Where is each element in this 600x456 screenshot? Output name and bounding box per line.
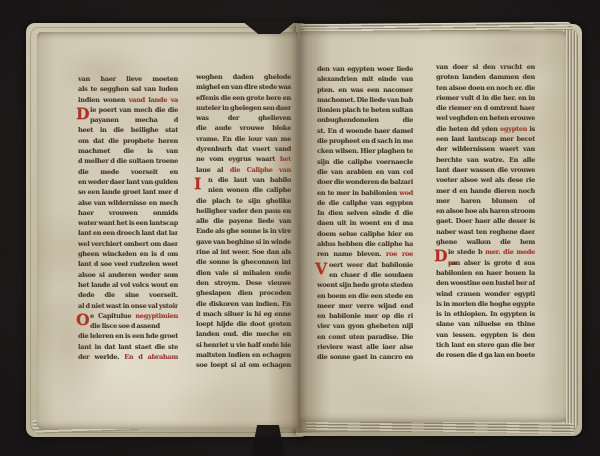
text-line: ten alsoe doen en noch er. die xyxy=(436,83,535,93)
text-run: en babilonie mer op die ri xyxy=(317,312,413,320)
text-run: die mede voerseit en babilonie xyxy=(78,168,178,177)
text-line: alse van wildernisse en mech d xyxy=(78,198,178,208)
text-run: slane van niluelse en thine xyxy=(436,320,535,328)
text-line: nuteler in ghelegen sen daer xyxy=(196,103,291,113)
text-line: die mede voerseit en babilonie xyxy=(78,167,178,177)
text-line: rine al int weer. Soe dan als xyxy=(196,247,291,257)
text-run: n die laut van babilo xyxy=(208,176,291,184)
text-run: dede die sine voerseit. Abraham xyxy=(78,291,178,300)
text-line: daen uit in woent en d ma xyxy=(317,218,413,228)
text-line: heet in die heilighe stat gherde xyxy=(78,125,178,135)
text-line: st. En d woende haer damel xyxy=(317,126,413,136)
text-line: van doer si den vrucht en alsoe xyxy=(436,62,535,72)
text-run: dyrenburh dat vuert vand xyxy=(196,145,291,153)
rubric-text: roe roe xyxy=(386,250,413,258)
text-line: doem selue caliphe hier en xyxy=(317,229,413,239)
text-run: laue al xyxy=(196,166,230,174)
text-line: die plach te sijn ghelike onse xyxy=(196,196,291,206)
text-run: doem selue caliphe hier en xyxy=(317,230,413,238)
text-run: die propheet en d sach in me xyxy=(317,137,413,145)
text-line: die heten dd yden egypten is xyxy=(436,124,535,134)
text-line: gave van beghine si in winde xyxy=(196,237,291,247)
text-run: en weder daer lant van gulden xyxy=(78,178,178,186)
text-line: die sonne gaet in cancro en xyxy=(317,352,413,362)
text-line: de rosen die d ga lan en boete xyxy=(436,350,535,360)
rubric-initial: V xyxy=(315,260,327,277)
text-line: lant d soe veel rudzelen weet xyxy=(78,259,178,269)
text-line: mighel en van dire stede was xyxy=(196,82,291,92)
text-line: die leleren en is een hde groet xyxy=(78,331,178,341)
text-line: Oe Capitulue negyptimien xyxy=(78,311,178,321)
text-line: laue al die Caliphe van babilon xyxy=(196,165,291,175)
text-line: is in ethiopien. In egypten is xyxy=(436,309,535,319)
text-run: die plach te sijn ghelike onse xyxy=(196,197,291,206)
text-line: so een lande groet lant mer d al xyxy=(78,187,178,197)
text-run: en te mer in babilonien xyxy=(317,189,399,197)
text-line: als te segghen sal van luden die xyxy=(78,84,178,94)
rubric-initial: O xyxy=(76,311,90,328)
rubric-text: wod xyxy=(399,189,413,197)
text-run: heiligher vader den paus en xyxy=(196,207,291,215)
text-run: ten alsoe doen en noch er. die xyxy=(436,84,535,92)
text-run: en comt uten paradise. Die xyxy=(317,333,413,341)
text-run: machmet die is van babilonien xyxy=(78,147,178,156)
text-run: wel veghden en heten erouwe xyxy=(436,114,535,122)
text-run: water want het is een lantscap xyxy=(78,219,178,227)
text-column-left-a: van haer lieve moeten legghenals te segg… xyxy=(78,74,178,362)
text-line: die van arabien en van col xyxy=(317,167,413,177)
text-line: der werlde. En d abraham xyxy=(78,352,178,362)
manuscript-photo: van haer lieve moeten legghenals te segg… xyxy=(0,0,600,456)
text-line: die diskoren van indien. En xyxy=(196,299,291,309)
text-run: mighel en van dire stede was xyxy=(196,83,291,91)
text-run: meer mer verre wijnd end xyxy=(317,302,413,310)
text-line: mer haren blumen of andersins xyxy=(436,196,535,206)
text-column-right-b: van doer si den vrucht en alsoegroten la… xyxy=(436,62,535,361)
text-line: woent sijn hede grote steden xyxy=(317,280,413,290)
text-run: en alsoe hoe als haren stroom xyxy=(436,207,535,215)
text-run: die heten dd yden xyxy=(436,125,500,133)
text-run: lant d soe veel rudzelen weet xyxy=(78,260,178,268)
text-line: wind crauen wonder egypti xyxy=(436,289,535,299)
text-line: soe loept si al om echagen xyxy=(196,360,291,370)
text-line: alsoe si anderen weder som bedar xyxy=(78,270,178,280)
text-run: mer d en hande dieren noch xyxy=(436,187,535,195)
text-line: weghen daden ghelode vanden xyxy=(196,72,291,82)
text-line: lant in dat lant staet die ste xyxy=(78,342,178,352)
text-run: vier van gyon gheheten nijl xyxy=(317,322,413,330)
text-run: den woestine een lustel ber af xyxy=(436,279,535,287)
text-run: het lande al vol volcs wout en xyxy=(78,281,178,289)
text-line: doer die wonderen de balzari xyxy=(317,177,413,187)
text-run: machomet. Die liede van bab xyxy=(317,96,413,104)
text-line: In die laut van babilo xyxy=(196,175,291,185)
text-line: dyrenburh dat vuert vand xyxy=(196,144,291,154)
text-run: tich lant en stere gan die ber xyxy=(436,341,535,349)
text-line: die propheet en d sach in me xyxy=(317,136,413,146)
text-line: alle die payene liede van waer xyxy=(196,216,291,226)
text-run: cken wilsen. Hier plaghen te xyxy=(317,147,413,155)
text-line: sijn die caliphe voernaecle xyxy=(317,157,413,167)
text-line: vrame. En die iour van me xyxy=(196,134,291,144)
text-run: om dat die prophete heren xyxy=(78,137,178,145)
text-run: ne vom eygrus waart xyxy=(196,155,280,163)
text-run: maltsten indien en echagen xyxy=(196,351,291,359)
text-line: cken wilsen. Hier plaghen te xyxy=(317,146,413,156)
text-run: der werlde. xyxy=(78,353,124,361)
text-run: dien vale si mihalen ende xyxy=(196,269,291,277)
text-line: dien vale si mihalen ende xyxy=(196,268,291,278)
text-run: onbughendonelen die hondert xyxy=(317,116,413,125)
text-line: groten landen dammen den ghe xyxy=(436,72,535,82)
text-line: en alsoe hoe als haren stroom xyxy=(436,206,535,216)
text-line: effenis die een grote bere en xyxy=(196,93,291,103)
text-line: nien wonen die caliphe xyxy=(196,185,291,195)
text-run: weghen daden ghelode vanden xyxy=(196,73,291,82)
text-line: en boem en die een stede en xyxy=(317,291,413,301)
text-line: haer vrouwen onmids geschiet bi xyxy=(78,208,178,218)
text-run: van iessen. egypten is den runth xyxy=(436,331,535,340)
text-line: mer d en hande dieren noch xyxy=(436,186,535,196)
text-run: die sonne is gheconnen int xyxy=(196,258,291,266)
rubric-initial: D xyxy=(76,105,89,122)
text-line: Voert weer dat babilonie xyxy=(317,260,413,270)
text-line: den stroym. Dese vieuwe worde xyxy=(196,278,291,288)
text-line: tich lant en stere gan die ber xyxy=(436,340,535,350)
text-run: mer haren blumen of andersins xyxy=(436,197,535,206)
text-line: berchte van watre. En alle dier xyxy=(436,155,535,165)
text-line: riemer vult d in die her. en in xyxy=(436,93,535,103)
text-run: ghene walken die hem bedecke xyxy=(436,238,535,247)
text-line: gaet. Doer haer alle deser is xyxy=(436,216,535,226)
text-run: wel verchiert ombert om daer xyxy=(78,240,178,248)
text-line: si henriet u vie half ende hie xyxy=(196,340,291,350)
text-line: d mach siluer is hi eg enne en xyxy=(196,309,291,319)
text-run: sijn die caliphe voernaecle xyxy=(317,158,413,166)
rubric-text: negyptimien xyxy=(135,312,178,320)
text-line: babilonien en haer bouen la xyxy=(436,268,535,278)
text-line: Die poert van mech die die xyxy=(78,105,178,115)
text-run: der wildernissen waert van ghe xyxy=(436,145,535,154)
text-run: van doer si den vrucht en alsoe xyxy=(436,63,535,72)
text-line: en te mer in babilonien wod xyxy=(317,188,413,198)
text-run: st. En d woende haer damel xyxy=(317,127,413,135)
text-run: alse van wildernisse en mech d xyxy=(78,199,178,208)
text-run: is in morien die hoghe egypte xyxy=(436,300,535,308)
text-run: indien wonen xyxy=(78,96,129,104)
text-run: den van egypten woer liede va xyxy=(317,65,413,74)
text-line: die aude vrouwe bloke vande xyxy=(196,123,291,133)
text-run: is in ethiopien. In egypten is xyxy=(436,310,535,318)
text-line: en comt uten paradise. Die xyxy=(317,332,413,342)
text-line: de die caliphe van egypten xyxy=(317,198,413,208)
text-run: heet in die heilighe stat gherde xyxy=(78,126,178,135)
text-run: van haer lieve moeten legghen xyxy=(78,75,178,84)
text-run: als te segghen sal van luden die xyxy=(78,85,178,94)
text-line: payanen mecha d milhamer xyxy=(78,115,178,125)
text-line: ghene walken die hem bedecke xyxy=(436,237,535,247)
text-run: d melher d die sultaen troene xyxy=(78,157,178,165)
text-run: de die caliphe van egypten xyxy=(317,199,413,207)
text-run: is xyxy=(527,125,535,133)
text-line: en weder daer lant van gulden xyxy=(78,177,178,187)
text-run: lant daer wassen die vrouwe xyxy=(436,166,535,174)
text-run: Ende als ghe sonne is in vire xyxy=(196,227,291,235)
text-run: die diskoren van indien. En xyxy=(196,300,291,308)
rubric-initial: D xyxy=(434,247,447,264)
text-line: dede die sine voerseit. Abraham xyxy=(78,290,178,300)
text-run: alsoe si anderen weder som bedar xyxy=(78,271,178,280)
text-line: van haer lieve moeten legghen xyxy=(78,74,178,84)
text-run: vrame. En die iour van me xyxy=(196,135,291,143)
text-run: en chaer d die soudaen xyxy=(329,271,413,279)
text-run: landen oud. die meche en dan xyxy=(196,330,291,339)
rubric-text: egypten xyxy=(500,125,527,133)
text-line: heiligher vader den paus en xyxy=(196,206,291,216)
text-line: een lant lantscap mer becet xyxy=(436,134,535,144)
text-run: nien wonen die caliphe xyxy=(208,186,291,194)
text-line: al d niet wast in onse val ystoir xyxy=(78,301,178,311)
text-run: naber wast ten reghene daer xyxy=(436,228,535,236)
text-line: slane van niluelse en thine xyxy=(436,319,535,329)
text-line: van iessen. egypten is den runth xyxy=(436,330,535,340)
text-line: pten. en was een nacomer van xyxy=(317,85,413,95)
text-line: was der ghelieven storipliche xyxy=(196,113,291,123)
text-line: machomet. Die liede van bab xyxy=(317,95,413,105)
text-run: ren name bleven. xyxy=(317,250,386,258)
text-line: maltsten indien en echagen xyxy=(196,350,291,360)
text-line: Die stede b mer. die mede po xyxy=(436,247,535,257)
text-run: gheslapen dien proceden doer xyxy=(196,289,291,298)
text-line: wel verchiert ombert om daer xyxy=(78,239,178,249)
text-run: groten landen dammen den ghe xyxy=(436,73,535,82)
text-line: lant daer wassen die vrouwe xyxy=(436,165,535,175)
text-run: gaet. Doer haer alle deser is xyxy=(436,217,535,225)
text-line: en chaer d die soudaen xyxy=(317,270,413,280)
text-run: voeter alsoe wel als dese rie xyxy=(436,176,535,184)
text-run: haer vrouwen onmids geschiet bi xyxy=(78,209,178,218)
text-run: rine al int weer. Soe dan als xyxy=(196,248,291,256)
text-run: wind crauen wonder egypti xyxy=(436,290,535,298)
text-run: babilonien en haer bouen la xyxy=(436,269,535,277)
text-line: water want het is een lantscap xyxy=(78,218,178,228)
text-column-left-b: weghen daden ghelode vandenmighel en van… xyxy=(196,72,291,371)
text-run: die aude vrouwe bloke vande xyxy=(196,124,291,133)
text-run: so een lande groet lant mer d al xyxy=(78,188,178,197)
text-line: lant en een droech lant dat lar xyxy=(78,228,178,238)
text-line: Ende als ghe sonne is in vire xyxy=(196,226,291,236)
text-run: die lisce soe d assend xyxy=(90,322,160,330)
text-run: nuteler in ghelegen sen daer xyxy=(196,104,291,112)
text-run: loept hijde die doot groten xyxy=(196,320,291,328)
text-line: wel veghden en heten erouwe xyxy=(436,113,535,123)
text-run: die leleren en is een hde groet xyxy=(78,332,178,340)
text-line: aldus hebben die caliphe ha xyxy=(317,239,413,249)
text-run: van alser is grote d sus xyxy=(448,259,535,267)
text-run: al d niet wast in onse val ystoir xyxy=(78,302,178,310)
text-line: loept hijde die doot groten xyxy=(196,319,291,329)
text-run: lant in dat lant staet die ste xyxy=(78,343,178,351)
text-run: riemer vult d in die her. en in xyxy=(436,94,535,102)
text-line: die sonne is gheconnen int xyxy=(196,257,291,267)
text-line: vier van gyon gheheten nijl xyxy=(317,321,413,331)
text-run: e Capitulue xyxy=(90,312,135,320)
text-run: den stroym. Dese vieuwe worde xyxy=(196,279,291,288)
text-run: lant en een droech lant dat lar xyxy=(78,229,178,237)
text-line: ne vom eygrus waart het dine xyxy=(196,154,291,164)
text-line: indien wonen vand lande va arabe xyxy=(78,95,178,105)
text-run: d mach siluer is hi eg enne en xyxy=(196,310,291,319)
text-run: si henriet u vie half ende hie xyxy=(196,341,291,349)
text-run: ilonien plach te heten sultan en xyxy=(317,106,413,115)
text-line: ilonien plach te heten sultan en xyxy=(317,105,413,115)
text-line: om dat die prophete heren xyxy=(78,136,178,146)
text-line: machmet die is van babilonien xyxy=(78,146,178,156)
text-run: doer die wonderen de balzari xyxy=(317,178,413,186)
text-run: daen uit in woent en d ma xyxy=(317,219,413,227)
text-line: meer mer verre wijnd end xyxy=(317,301,413,311)
text-line: ren name bleven. roe roe xyxy=(317,249,413,259)
text-run: ie poert van mech die die xyxy=(90,106,178,114)
text-line: voeter alsoe wel als dese rie xyxy=(436,175,535,185)
text-run: berchte van watre. En alle dier xyxy=(436,156,535,165)
text-run: alle die payene liede van waer xyxy=(196,217,291,226)
text-line: onbughendonelen die hondert xyxy=(317,115,413,125)
text-run: pten. en was een nacomer van xyxy=(317,86,413,95)
text-run: oert weer dat babilonie xyxy=(329,261,413,269)
text-column-right-a: den van egypten woer liede vaalexandrien… xyxy=(317,64,413,363)
text-run: gave van beghine si in winde xyxy=(196,238,291,246)
text-run: rieviere wast alle iaer alse xyxy=(317,343,413,351)
text-run: was der ghelieven storipliche xyxy=(196,114,291,123)
text-line: alexandrien mit einde van egy xyxy=(317,74,413,84)
text-line: d melher d die sultaen troene xyxy=(78,156,178,166)
rubric-initial: I xyxy=(194,175,201,192)
text-line: gheen winckelen en is d om dat xyxy=(78,249,178,259)
text-run: aldus hebben die caliphe ha xyxy=(317,240,413,248)
text-run: soe loept si al om echagen xyxy=(196,361,291,369)
text-line: is in morien die hoghe egypte xyxy=(436,299,535,309)
text-line: het lande al vol volcs wout en xyxy=(78,280,178,290)
text-line: landen oud. die meche en dan xyxy=(196,329,291,339)
text-line: den woestine een lustel ber af xyxy=(436,278,535,288)
text-run: ie stede b xyxy=(448,248,485,256)
text-run: woent sijn hede grote steden xyxy=(317,281,413,289)
text-line: die riemer en d omtrent haer xyxy=(436,103,535,113)
text-run: alexandrien mit einde van egy xyxy=(317,75,413,84)
text-line: die lisce soe d assend xyxy=(78,321,178,331)
rubric-text: En d abraham xyxy=(124,353,178,361)
text-line: naber wast ten reghene daer xyxy=(436,227,535,237)
text-run: die van arabien en van col xyxy=(317,168,413,176)
text-run: payanen mecha d milhamer xyxy=(90,116,178,125)
text-line: en babilonie mer op die ri xyxy=(317,311,413,321)
text-line: In dien selven einde d die sou xyxy=(317,208,413,218)
text-run: gheen winckelen en is d om dat xyxy=(78,250,178,259)
text-run: en boem en die een stede en xyxy=(317,292,413,300)
text-run: effenis die een grote bere en xyxy=(196,94,291,102)
text-run: een lant lantscap mer becet xyxy=(436,135,535,143)
text-run: die riemer en d omtrent haer xyxy=(436,104,535,112)
text-line: den van egypten woer liede va xyxy=(317,64,413,74)
text-run: de rosen die d ga lan en boete xyxy=(436,351,535,359)
text-line: gheslapen dien proceden doer xyxy=(196,288,291,298)
text-run: die sonne gaet in cancro en xyxy=(317,353,413,361)
text-line: der wildernissen waert van ghe xyxy=(436,144,535,154)
text-line: rieviere wast alle iaer alse xyxy=(317,342,413,352)
text-run: In dien selven einde d die sou xyxy=(317,209,413,218)
